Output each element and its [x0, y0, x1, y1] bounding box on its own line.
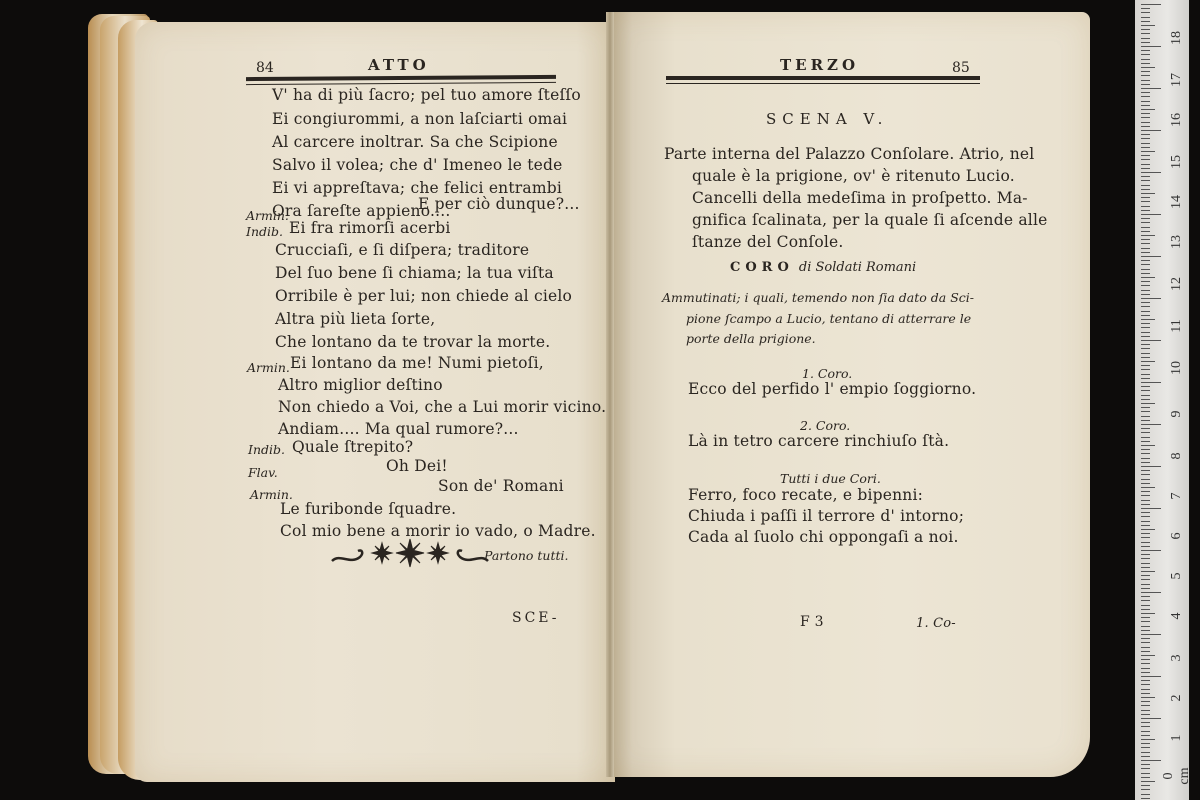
ruler-tick	[1141, 491, 1150, 492]
ruler-tick	[1141, 193, 1155, 194]
ruler-label: 15	[1169, 150, 1185, 174]
chorus-line: Ferro, foco recate, e bipenni:	[688, 486, 923, 504]
ruler-tick	[1141, 445, 1155, 446]
ruler-tick	[1141, 222, 1150, 223]
speaker-name: Armin.	[247, 360, 290, 375]
ruler-tick	[1141, 647, 1150, 648]
ruler-tick	[1141, 504, 1150, 505]
ruler-tick	[1141, 71, 1150, 72]
ruler-tick	[1141, 218, 1150, 219]
ruler-tick	[1141, 437, 1150, 438]
ruler-tick	[1141, 668, 1150, 669]
ruler-tick	[1141, 689, 1150, 690]
ruler-tick	[1141, 487, 1155, 488]
ruler-tick	[1141, 739, 1155, 740]
ruler-tick	[1141, 449, 1150, 450]
ruler-tick	[1141, 789, 1150, 790]
speaker-name: Indib.	[246, 224, 283, 239]
chorus-description: porte della prigione.	[686, 331, 816, 346]
ruler-tick	[1141, 75, 1150, 76]
ruler-tick	[1141, 542, 1150, 543]
ruler-tick	[1141, 340, 1161, 341]
ruler-tick	[1141, 252, 1150, 253]
ruler-tick	[1141, 302, 1150, 303]
ruler-tick	[1141, 260, 1150, 261]
ruler-tick	[1141, 46, 1161, 47]
ruler-tick	[1141, 84, 1150, 85]
ruler-tick	[1141, 537, 1150, 538]
setting-line: Cancelli della medeſima in proſpetto. Ma…	[692, 189, 1028, 207]
ruler-tick	[1141, 344, 1150, 345]
ruler-tick	[1141, 642, 1150, 643]
ruler-tick	[1141, 760, 1161, 761]
ruler-tick	[1141, 621, 1150, 622]
header-rule	[666, 76, 980, 80]
stage-direction: Partono tutti.	[484, 548, 568, 563]
verse-line: Oh Dei!	[386, 457, 448, 475]
ruler-tick	[1141, 214, 1161, 215]
ruler-tick	[1141, 525, 1150, 526]
ruler-tick	[1141, 563, 1150, 564]
ruler-tick	[1141, 521, 1150, 522]
scene-title: SCENA V.	[766, 110, 888, 128]
ruler-tick	[1141, 533, 1150, 534]
verse-line: Ei lontano da me! Numi pietoſi,	[290, 354, 544, 372]
chorus-line: Ecco del perfido l' empio ſoggiorno.	[688, 380, 976, 398]
verse-line: Altra più lieta ſorte,	[275, 310, 435, 328]
ruler-tick	[1141, 420, 1150, 421]
ruler-tick	[1141, 365, 1150, 366]
left-page-number: 84	[256, 60, 274, 76]
ruler-tick	[1141, 126, 1150, 127]
verse-line: Salvo il volea; che d' Imeneo le tede	[272, 156, 563, 174]
ruler-tick	[1141, 92, 1150, 93]
ruler-tick	[1141, 479, 1150, 480]
ruler-tick	[1141, 634, 1161, 635]
ruler-tick	[1141, 17, 1150, 18]
ruler-label: 17	[1169, 68, 1185, 92]
ruler-tick	[1141, 655, 1155, 656]
ruler-tick	[1141, 21, 1150, 22]
ruler-tick	[1141, 659, 1150, 660]
ruler-tick	[1141, 529, 1155, 530]
ruler-tick	[1141, 680, 1150, 681]
ruler-tick	[1141, 731, 1150, 732]
ruler-label: 12	[1169, 272, 1185, 296]
ruler-tick	[1141, 638, 1150, 639]
ruler-tick	[1141, 285, 1150, 286]
chorus-heading-caps: CORO	[730, 260, 794, 275]
ruler-tick	[1141, 197, 1150, 198]
ruler-label: 16	[1169, 108, 1185, 132]
ruler-tick	[1141, 29, 1150, 30]
ruler-tick	[1141, 248, 1150, 249]
ruler-tick	[1141, 117, 1150, 118]
ruler-tick	[1141, 235, 1155, 236]
ruler-tick	[1141, 718, 1161, 719]
chorus-line: Cada al ſuolo chi oppongaſi a noi.	[688, 528, 959, 546]
ruler-tick	[1141, 495, 1150, 496]
ruler-tick	[1141, 159, 1150, 160]
catchword: SCE-	[512, 610, 560, 626]
ruler-tick	[1141, 508, 1161, 509]
ruler-tick	[1141, 277, 1155, 278]
ruler-tick	[1141, 550, 1161, 551]
chorus-description: pione ſcampo a Lucio, tentano di atterra…	[686, 311, 971, 326]
ruler-tick	[1141, 516, 1150, 517]
ruler-tick	[1141, 483, 1150, 484]
verse-line: Son de' Romani	[438, 477, 564, 495]
book-scan: 84 ATTO V' ha di più ſacro; pel tuo amor…	[0, 0, 1200, 800]
ruler-tick	[1141, 323, 1150, 324]
ruler-tick	[1141, 395, 1150, 396]
ruler-tick	[1141, 8, 1150, 9]
ruler-tick	[1141, 168, 1150, 169]
ruler-tick	[1141, 294, 1150, 295]
ruler-tick	[1141, 617, 1150, 618]
verse-line: V' ha di più ſacro; pel tuo amore ſteſſo	[272, 86, 581, 104]
ruler-tick	[1141, 424, 1161, 425]
book-gutter	[606, 12, 614, 777]
ruler-label: 2	[1169, 686, 1185, 710]
ruler-tick	[1141, 134, 1150, 135]
chorus-description: Ammutinati; i quali, temendo non ſia dat…	[662, 290, 974, 305]
verse-line: Orribile è per lui; non chiede al cielo	[275, 287, 572, 305]
ruler-tick	[1141, 470, 1150, 471]
ruler-tick	[1141, 773, 1150, 774]
ruler-tick	[1141, 684, 1150, 685]
ruler-tick	[1141, 185, 1150, 186]
ruler-tick	[1141, 256, 1161, 257]
ruler-tick	[1141, 281, 1150, 282]
ruler-tick	[1141, 386, 1150, 387]
ruler-tick	[1141, 399, 1150, 400]
ruler-tick	[1141, 432, 1150, 433]
ruler-tick	[1141, 138, 1150, 139]
ruler-tick	[1141, 348, 1150, 349]
ruler-label: 6	[1169, 524, 1185, 548]
chorus-line: Chiuda i paſſi il terrore d' intorno;	[688, 507, 964, 525]
ruler-tick	[1141, 781, 1155, 782]
ruler-tick	[1141, 105, 1150, 106]
ruler-tick	[1141, 374, 1150, 375]
ruler-tick	[1141, 588, 1150, 589]
ruler-label: 10	[1169, 356, 1185, 380]
ruler-tick	[1141, 151, 1155, 152]
ruler-tick	[1141, 96, 1150, 97]
ruler-tick	[1141, 113, 1150, 114]
ruler-tick	[1141, 147, 1150, 148]
ruler-tick	[1141, 273, 1150, 274]
ruler-tick	[1141, 201, 1150, 202]
ruler-tick	[1141, 164, 1150, 165]
ruler-tick	[1141, 172, 1161, 173]
ruler-label: 1	[1169, 726, 1185, 750]
ruler-tick	[1141, 290, 1150, 291]
ruler-tick	[1141, 189, 1150, 190]
ruler-tick	[1141, 584, 1150, 585]
ruler-tick	[1141, 239, 1150, 240]
ruler-tick	[1141, 231, 1150, 232]
ruler-tick	[1141, 38, 1150, 39]
ruler-tick	[1141, 693, 1150, 694]
ruler-tick	[1141, 319, 1155, 320]
ruler-tick	[1141, 554, 1150, 555]
ruler-tick	[1141, 50, 1150, 51]
chorus-label: Tutti i due Cori.	[780, 471, 881, 486]
verse-line: Al carcere inoltrar. Sa che Scipione	[272, 133, 558, 151]
ruler-label: 4	[1169, 604, 1185, 628]
chorus-line: Là in tetro carcere rinchiuſo ſtà.	[688, 432, 949, 450]
ruler-label: 0 cm	[1161, 764, 1193, 788]
ruler-tick	[1141, 462, 1150, 463]
ruler-tick	[1141, 441, 1150, 442]
ruler-tick	[1141, 428, 1150, 429]
ruler-tick	[1141, 12, 1150, 13]
measuring-ruler: 0 cm 1 2 3 4 5 6 7 8 9 10 11 12 13 14 15…	[1135, 0, 1189, 800]
ruler-tick	[1141, 500, 1150, 501]
ruler-tick	[1141, 327, 1150, 328]
ruler-tick	[1141, 33, 1150, 34]
ruler-tick	[1141, 701, 1150, 702]
ruler-tick	[1141, 54, 1150, 55]
chorus-heading-rest: di Soldati Romani	[799, 260, 916, 275]
ruler-tick	[1141, 613, 1155, 614]
ruler-tick	[1141, 63, 1150, 64]
ruler-tick	[1141, 676, 1161, 677]
ruler-tick	[1141, 130, 1161, 131]
ruler-tick	[1141, 378, 1150, 379]
ruler-tick	[1141, 596, 1150, 597]
ruler-tick	[1141, 752, 1150, 753]
verse-line: Non chiedo a Voi, che a Lui morir vicino…	[278, 398, 606, 416]
speaker-name: Flav.	[248, 465, 278, 480]
ruler-label: 7	[1169, 484, 1185, 508]
ruler-tick	[1141, 155, 1150, 156]
verse-line: Altro miglior deſtino	[278, 376, 443, 394]
catchword: 1. Co-	[916, 616, 956, 631]
ruler-tick	[1141, 243, 1150, 244]
ruler-tick	[1141, 798, 1150, 799]
ruler-tick	[1141, 567, 1150, 568]
ruler-tick	[1141, 743, 1150, 744]
verse-line: Andiam.... Ma qual rumore?...	[278, 420, 519, 438]
ruler-tick	[1141, 361, 1155, 362]
ruler-tick	[1141, 315, 1150, 316]
ruler-tick	[1141, 592, 1161, 593]
ruler-tick	[1141, 298, 1161, 299]
ruler-tick	[1141, 453, 1150, 454]
ruler-tick	[1141, 651, 1150, 652]
ruler-tick	[1141, 458, 1150, 459]
ruler-tick	[1141, 764, 1150, 765]
ruler-tick	[1141, 59, 1150, 60]
floral-ornament-icon	[330, 535, 490, 571]
ruler-tick	[1141, 407, 1150, 408]
ruler-tick	[1141, 264, 1150, 265]
ruler-tick	[1141, 558, 1150, 559]
ruler-tick	[1141, 735, 1150, 736]
verse-line: Ei congiurommi, a non laſciarti omai	[272, 110, 567, 128]
ruler-tick	[1141, 42, 1150, 43]
ruler-tick	[1141, 714, 1150, 715]
verse-line: Che lontano da te trovar la morte.	[275, 333, 550, 351]
ruler-label: 8	[1169, 444, 1185, 468]
signature-mark: F 3	[800, 614, 824, 630]
right-running-head: TERZO	[780, 56, 859, 74]
ruler-tick	[1141, 768, 1150, 769]
verse-line: Del ſuo bene ſi chiama; la tua viſta	[275, 264, 554, 282]
ruler-tick	[1141, 416, 1150, 417]
ruler-tick	[1141, 67, 1155, 68]
ruler-tick	[1141, 109, 1155, 110]
ruler-tick	[1141, 756, 1150, 757]
ruler-tick	[1141, 726, 1150, 727]
ruler-tick	[1141, 4, 1161, 5]
ruler-tick	[1141, 311, 1150, 312]
ruler-tick	[1141, 227, 1150, 228]
chorus-label: 2. Coro.	[800, 418, 850, 433]
ruler-tick	[1141, 353, 1150, 354]
ruler-label: 5	[1169, 564, 1185, 588]
ruler-tick	[1141, 546, 1150, 547]
ruler-tick	[1141, 605, 1150, 606]
ruler-tick	[1141, 176, 1150, 177]
speaker-name: Armin.	[246, 208, 289, 223]
ruler-tick	[1141, 336, 1150, 337]
ruler-tick	[1141, 626, 1150, 627]
header-rule	[666, 83, 980, 84]
ruler-tick	[1141, 474, 1150, 475]
verse-line: Quale ſtrepito?	[292, 438, 413, 456]
ruler-tick	[1141, 411, 1150, 412]
ruler-tick	[1141, 269, 1150, 270]
ruler-tick	[1141, 101, 1150, 102]
ruler-tick	[1141, 25, 1155, 26]
ruler-tick	[1141, 785, 1150, 786]
ruler-label: 18	[1169, 26, 1185, 50]
right-page-number: 85	[952, 60, 970, 76]
chorus-label: 1. Coro.	[802, 366, 852, 381]
ruler-tick	[1141, 609, 1150, 610]
ruler-tick	[1141, 466, 1161, 467]
setting-line: gnifica ſcalinata, per la quale ſi aſcen…	[692, 211, 1047, 229]
setting-line: quale è la prigione, ov' è ritenuto Luci…	[692, 167, 1015, 185]
ruler-tick	[1141, 80, 1150, 81]
ruler-label: 11	[1169, 314, 1185, 338]
ruler-tick	[1141, 663, 1150, 664]
ruler-tick	[1141, 512, 1150, 513]
ruler-tick	[1141, 332, 1150, 333]
ruler-tick	[1141, 143, 1150, 144]
ruler-tick	[1141, 357, 1150, 358]
setting-line: Parte interna del Palazzo Conſolare. Atr…	[664, 145, 1034, 163]
ruler-tick	[1141, 88, 1161, 89]
chorus-heading: CORO di Soldati Romani	[730, 256, 916, 275]
ruler-tick	[1141, 382, 1161, 383]
ruler-tick	[1141, 369, 1150, 370]
setting-line: ſtanze del Conſole.	[692, 233, 844, 251]
ruler-tick	[1141, 579, 1150, 580]
ruler-tick	[1141, 403, 1155, 404]
ruler-tick	[1141, 210, 1150, 211]
ruler-tick	[1141, 794, 1150, 795]
ruler-tick	[1141, 600, 1150, 601]
speaker-name: Indib.	[248, 442, 285, 457]
ruler-tick	[1141, 672, 1150, 673]
ruler-tick	[1141, 747, 1150, 748]
ruler-tick	[1141, 722, 1150, 723]
ruler-tick	[1141, 575, 1150, 576]
ruler-tick	[1141, 122, 1150, 123]
ruler-tick	[1141, 390, 1150, 391]
ruler-label: 3	[1169, 646, 1185, 670]
ruler-tick	[1141, 630, 1150, 631]
ruler-label: 9	[1169, 402, 1185, 426]
ruler-label: 13	[1169, 230, 1185, 254]
ruler-tick	[1141, 705, 1150, 706]
ruler-label: 14	[1169, 190, 1185, 214]
ruler-tick	[1141, 180, 1150, 181]
ruler-tick	[1141, 710, 1150, 711]
ruler-tick	[1141, 571, 1155, 572]
verse-line: E per ciò dunque?...	[418, 195, 580, 213]
verse-line: Ei fra rimorſi acerbi	[289, 219, 451, 237]
ruler-tick	[1141, 697, 1155, 698]
verse-line: Crucciaſi, e ſi diſpera; traditore	[275, 241, 529, 259]
ruler-tick	[1141, 206, 1150, 207]
ruler-tick	[1141, 306, 1150, 307]
verse-line: Le furibonde ſquadre.	[280, 500, 456, 518]
ruler-tick	[1141, 777, 1150, 778]
left-running-head: ATTO	[368, 56, 430, 74]
